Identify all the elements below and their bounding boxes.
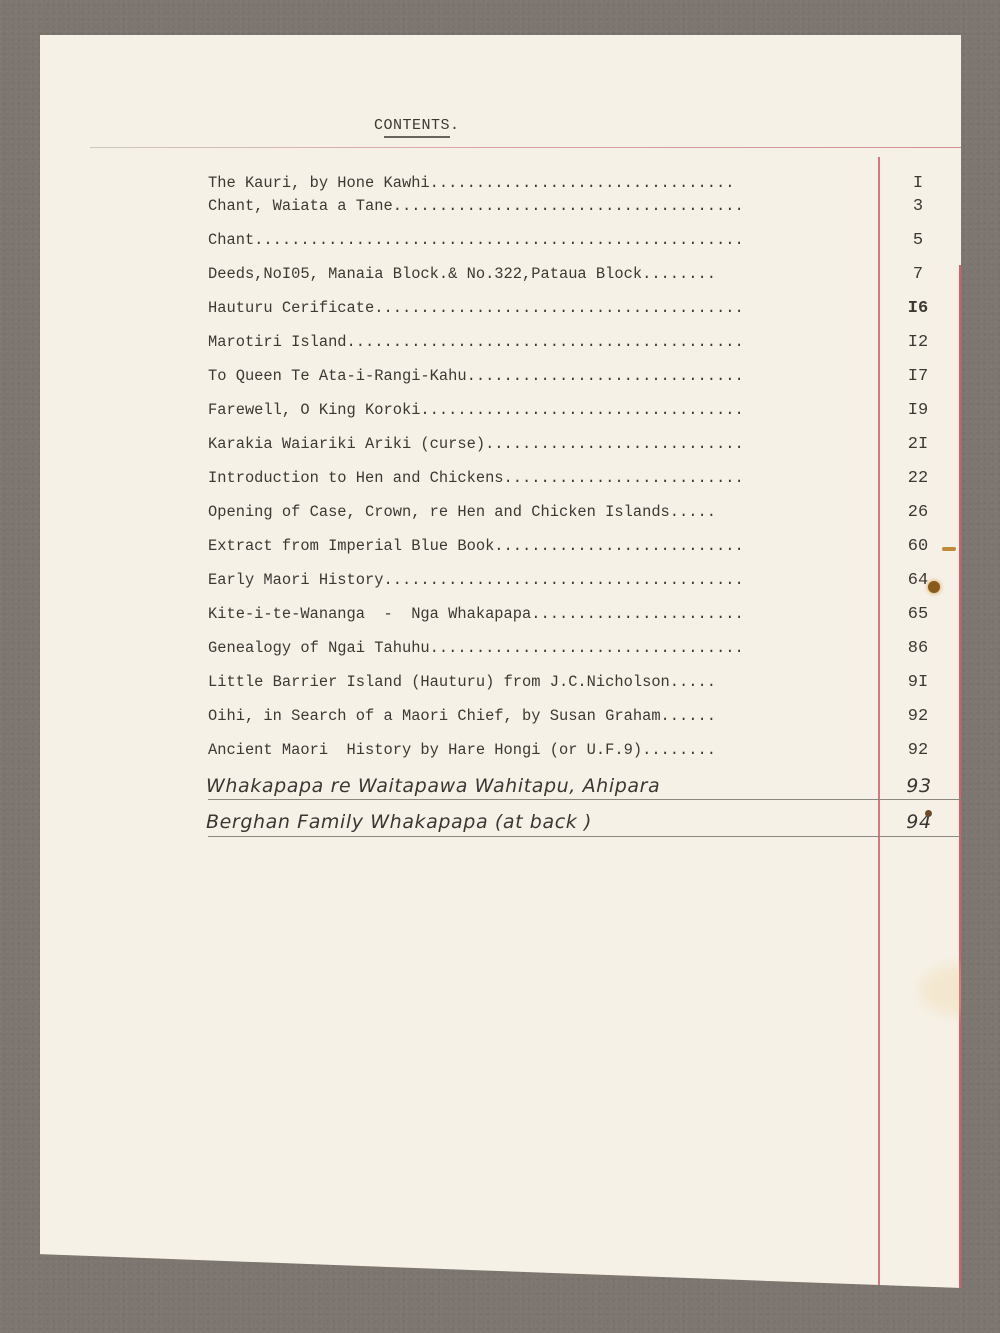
entry-page: 3 [898,197,938,216]
toc-entry: Oihi, in Search of a Maori Chief, by Sus… [208,707,968,731]
entry-title: Marotiri Island.........................… [208,333,744,351]
entry-page: 9I [898,673,938,692]
toc-entry: Deeds,NoI05, Manaia Block.& No.322,Patau… [208,265,968,289]
toc-entry: Opening of Case, Crown, re Hen and Chick… [208,503,968,527]
entry-page: 92 [898,741,938,760]
entry-title: Chant, Waiata a Tane....................… [208,197,744,215]
toc-entry: Marotiri Island.........................… [208,333,968,357]
toc-entry: Karakia Waiariki Ariki (curse)..........… [208,435,968,459]
entry-page: 86 [898,639,938,658]
toc-entry: Ancient Maori History by Hare Hongi (or … [208,741,968,765]
entry-title: Karakia Waiariki Ariki (curse)..........… [208,435,744,453]
rust-stain [925,810,932,817]
entry-title: Hauturu Cerificate......................… [208,299,744,317]
toc-entry: Early Maori History.....................… [208,571,968,595]
entry-title: Genealogy of Ngai Tahuhu................… [208,639,744,657]
entry-page: 65 [898,605,938,624]
entry-page: 26 [898,503,938,522]
entry-page: I2 [898,333,938,352]
entry-page: I7 [898,367,938,386]
toc-entry: Introduction to Hen and Chickens........… [208,469,968,493]
toc-entry: Little Barrier Island (Hauturu) from J.C… [208,673,968,697]
entry-title: Extract from Imperial Blue Book.........… [208,537,744,555]
entry-title: The Kauri, by Hone Kawhi................… [208,174,734,192]
foxing-stain [920,965,1000,1015]
entry-page: 94 [896,811,942,833]
page-title: CONTENTS. [374,117,460,134]
entry-page: 60 [898,537,938,556]
toc-entry: The Kauri, by Hone Kawhi................… [208,174,968,198]
toc-entry: Hauturu Cerificate......................… [208,299,968,323]
entry-title: Ancient Maori History by Hare Hongi (or … [208,741,716,759]
entry-title: Oihi, in Search of a Maori Chief, by Sus… [208,707,716,725]
toc-entry: Farewell, O King Koroki.................… [208,401,968,425]
entry-title: Little Barrier Island (Hauturu) from J.C… [208,673,716,691]
handwritten-entry: Berghan Family Whakapapa (at back )94 [206,811,966,839]
entry-page: 2I [898,435,938,454]
toc-entry: Genealogy of Ngai Tahuhu................… [208,639,968,663]
entry-page: 5 [898,231,938,250]
title-underline [384,136,450,138]
entry-page: 7 [898,265,938,284]
header-rule [90,147,961,148]
toc-entry: Extract from Imperial Blue Book.........… [208,537,968,561]
toc-entry: To Queen Te Ata-i-Rangi-Kahu............… [208,367,968,391]
entry-title: Deeds,NoI05, Manaia Block.& No.322,Patau… [208,265,716,283]
entry-page: 92 [898,707,938,726]
rust-stain [928,581,940,593]
rust-stain [942,547,956,551]
entry-title: Whakapapa re Waitapawa Wahitapu, Ahipara [206,775,660,797]
handwritten-rule [208,799,968,800]
entry-page: I [898,174,938,193]
entry-page: I9 [898,401,938,420]
entry-page: I6 [898,299,938,318]
toc-entry: Chant, Waiata a Tane....................… [208,197,968,221]
entry-page: 93 [896,775,942,797]
entry-title: Introduction to Hen and Chickens........… [208,469,744,487]
handwritten-rule [208,836,990,837]
document-page: CONTENTS. The Kauri, by Hone Kawhi......… [40,35,961,1288]
toc-entry: Chant...................................… [208,231,968,255]
entry-title: Early Maori History.....................… [208,571,744,589]
entry-title: Kite-i-te-Wananga - Nga Whakapapa.......… [208,605,744,623]
entry-title: To Queen Te Ata-i-Rangi-Kahu............… [208,367,744,385]
entry-page: 22 [898,469,938,488]
entry-title: Chant...................................… [208,231,744,249]
entry-title: Berghan Family Whakapapa (at back ) [206,811,592,833]
entry-title: Farewell, O King Koroki.................… [208,401,744,419]
entry-title: Opening of Case, Crown, re Hen and Chick… [208,503,716,521]
toc-entry: Kite-i-te-Wananga - Nga Whakapapa.......… [208,605,968,629]
